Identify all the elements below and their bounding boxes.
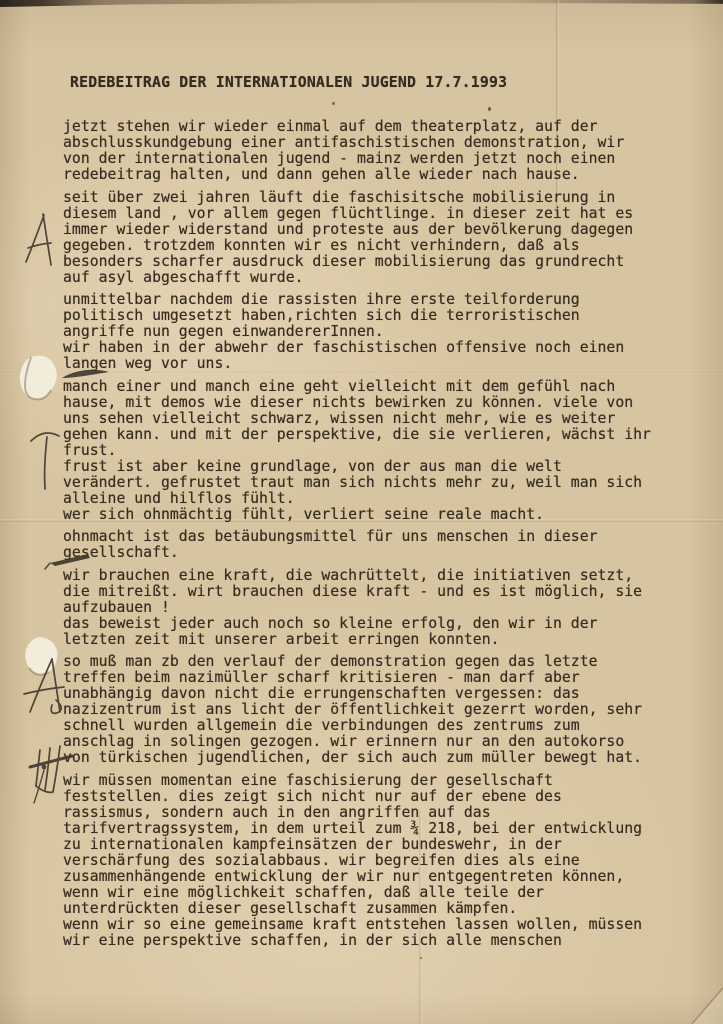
paper-speck: [488, 107, 491, 111]
scanned-document-page: REDEBEITRAG DER INTERNATIONALEN JUGEND 1…: [0, 0, 723, 1024]
handwritten-letter-a-icon: [26, 214, 51, 265]
punch-hole: [20, 356, 57, 400]
paragraph-1: jetzt stehen wir wieder einmal auf dem t…: [63, 119, 703, 183]
paragraph-7: so muß man zb den verlauf der demonstrat…: [63, 654, 703, 766]
paper-speck: [332, 102, 335, 105]
paper-speck: [420, 957, 422, 959]
paragraph-8: wir müssen momentan eine faschisierung d…: [63, 773, 703, 949]
paragraph-5: ohnmacht ist das betäubungsmittel für un…: [63, 529, 703, 561]
paragraph-2: seit über zwei jahren läuft die faschisi…: [63, 190, 703, 286]
punch-hole: [25, 637, 57, 675]
page-title: REDEBEITRAG DER INTERNATIONALEN JUGEND 1…: [70, 75, 507, 91]
paragraph-3: unmittelbar nachdem die rassisten ihre e…: [63, 292, 703, 372]
fold-corner: [692, 988, 723, 1024]
handwritten-t-mark-icon: [31, 433, 59, 489]
handwritten-letter-a-icon: [24, 659, 64, 713]
scan-edge-shadow: [0, 0, 723, 7]
document-body: jetzt stehen wir wieder einmal auf dem t…: [63, 119, 703, 955]
paragraph-6: wir brauchen eine kraft, die wachrüttelt…: [63, 568, 703, 648]
paragraph-4: manch einer und manch eine geht vielleic…: [63, 379, 703, 523]
